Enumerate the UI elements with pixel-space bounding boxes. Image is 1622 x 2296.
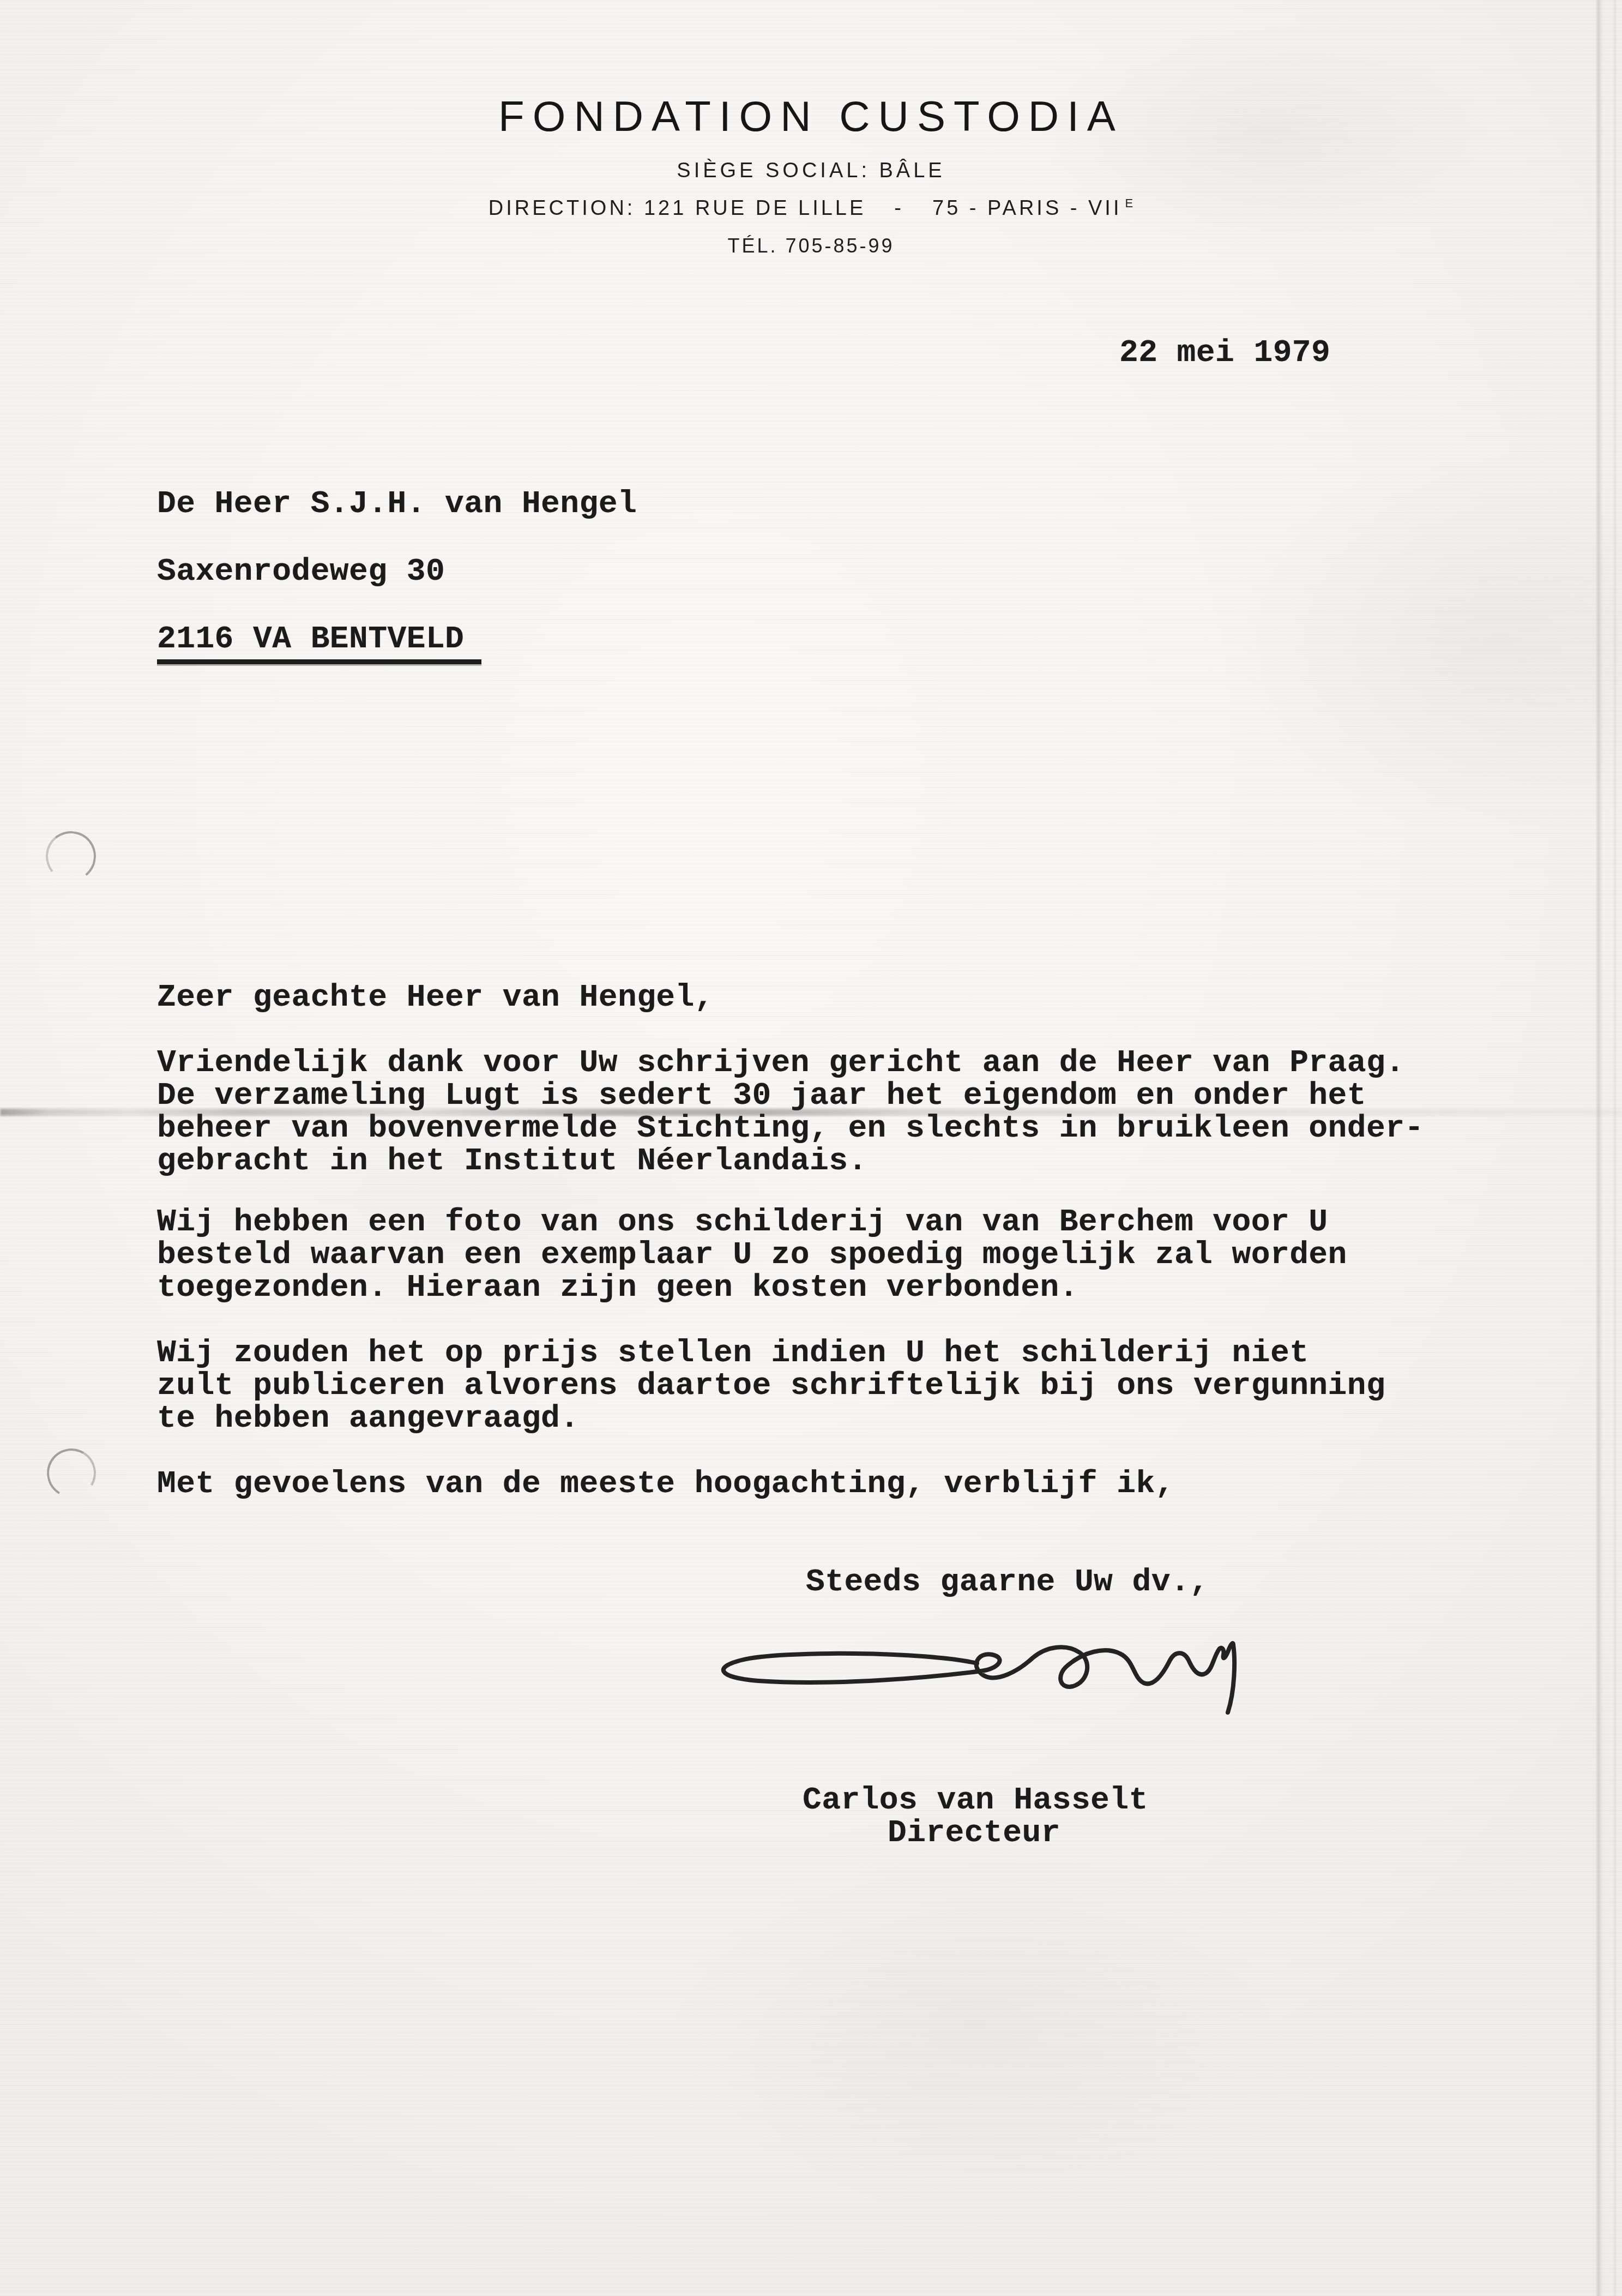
recipient-block: De Heer S.J.H. van Hengel Saxenrodeweg 3…: [157, 454, 637, 698]
punch-hole-mark-bottom: [41, 1443, 101, 1502]
scan-smudge-line: [0, 1109, 1622, 1116]
letterhead-direction-address: DIRECTION: 121 RUE DE LILLE: [489, 197, 866, 220]
body-paragraph-2: Wij hebben een foto van ons schilderij v…: [157, 1206, 1347, 1305]
recipient-name-line: De Heer S.J.H. van Hengel: [157, 488, 637, 521]
letterhead-direction-city: 75 - PARIS - VIIE: [932, 196, 1133, 220]
letterhead-arrondissement-sup: E: [1125, 196, 1133, 210]
closing-line: Met gevoelens van de meeste hoogachting,…: [157, 1468, 1174, 1501]
letterhead-siege-line: SIÈGE SOCIAL: BÂLE: [0, 159, 1622, 183]
letter-page: FONDATION CUSTODIA SIÈGE SOCIAL: BÂLE DI…: [0, 0, 1622, 2296]
date-line: 22 mei 1979: [1119, 337, 1330, 370]
signatory-name: Carlos van Hasselt: [803, 1784, 1148, 1817]
valediction: Steeds gaarne Uw dv.,: [806, 1566, 1209, 1599]
letterhead-direction-line: DIRECTION: 121 RUE DE LILLE - 75 - PARIS…: [0, 196, 1622, 220]
signature-scribble: [698, 1625, 1270, 1734]
salutation: Zeer geachte Heer van Hengel,: [157, 982, 714, 1014]
scan-edge-streak: [1595, 0, 1603, 2296]
recipient-city-underlined: 2116 VA BENTVELD: [157, 623, 481, 664]
punch-hole-mark-top: [43, 828, 98, 883]
letterhead-direction-separator: -: [894, 197, 904, 220]
recipient-city-line: 2116 VA BENTVELD: [157, 623, 637, 664]
letterhead-telephone-line: TÉL. 705-85-99: [0, 235, 1622, 257]
signatory-title: Directeur: [888, 1817, 1060, 1850]
scan-edge-streak-2: [1613, 0, 1617, 2296]
recipient-street-line: Saxenrodeweg 30: [157, 555, 637, 589]
letterhead-title: FONDATION CUSTODIA: [0, 92, 1622, 141]
body-paragraph-3: Wij zouden het op prijs stellen indien U…: [157, 1337, 1385, 1435]
